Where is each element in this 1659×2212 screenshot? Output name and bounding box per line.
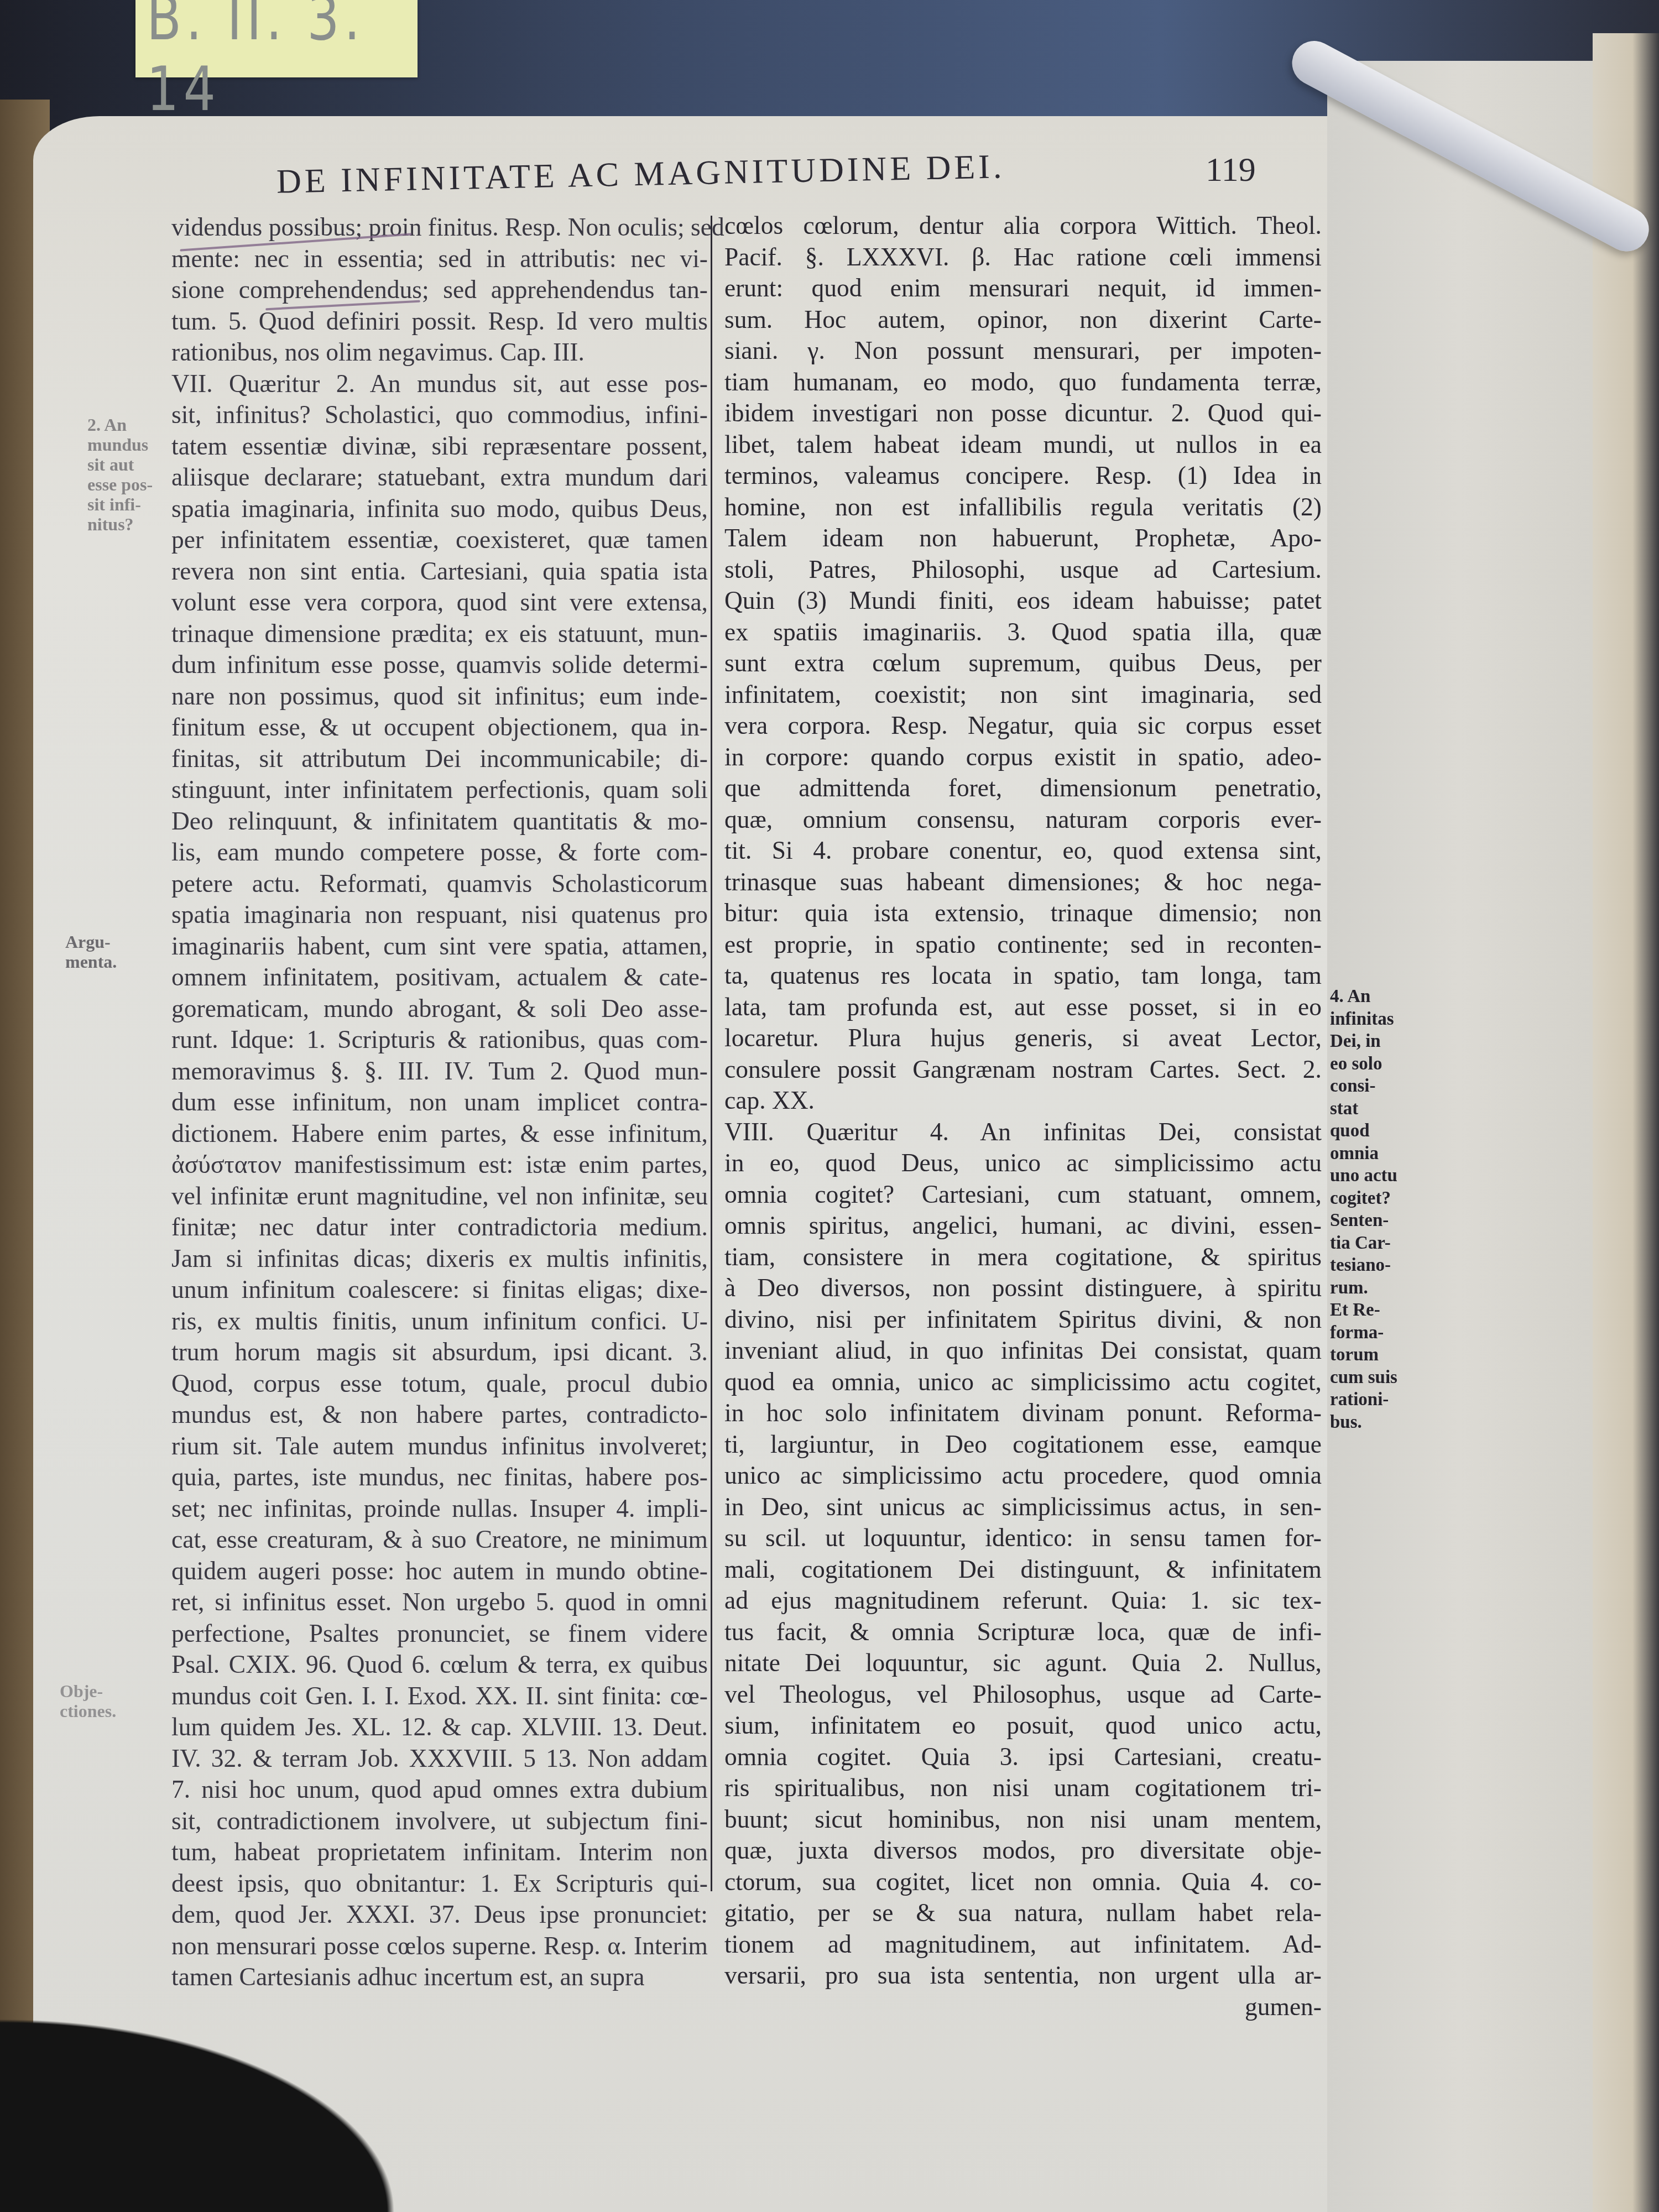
column-divider xyxy=(711,216,712,1891)
text-line: in hoc solo infinitatem divinam ponunt. … xyxy=(724,1397,1322,1429)
text-line: mali, cogitationem Dei distinguunt, & in… xyxy=(724,1554,1322,1585)
text-line: revera non sint entia. Cartesiani, quia … xyxy=(171,556,708,587)
text-line: forma- xyxy=(1330,1322,1397,1344)
text-line: VII. Quæritur 2. An mundus sit, aut esse… xyxy=(171,368,708,400)
text-line: uno actu xyxy=(1330,1165,1397,1187)
text-line: mundus est, & non habere partes, contrad… xyxy=(171,1399,708,1431)
text-line: tiam, consistere in mera cogitatione, & … xyxy=(724,1241,1322,1273)
margin-note-left: Obje-ctiones. xyxy=(60,1681,116,1721)
text-line: tatem essentiæ divinæ, sibi repræsentare… xyxy=(171,431,708,462)
text-line: omnia xyxy=(1330,1142,1397,1165)
text-line: divino, nisi per infinitatem Spiritus di… xyxy=(724,1304,1322,1335)
text-line: stinguunt, inter infinitatem perfectioni… xyxy=(171,774,708,806)
text-line: unum infinitum coalescere: si finitas el… xyxy=(171,1274,708,1306)
text-line: nare non possimus, quod sit infinitus; e… xyxy=(171,681,708,712)
text-line: Deo relinquunt, & infinitatem quantitati… xyxy=(171,806,708,837)
text-line: stat xyxy=(1330,1098,1397,1120)
text-line: libet, talem habeat ideam mundi, ut null… xyxy=(724,429,1322,461)
page-number: 119 xyxy=(1206,150,1256,190)
text-line: tesiano- xyxy=(1330,1254,1397,1277)
text-line: lata, tam profunda est, aut esse posset,… xyxy=(724,992,1322,1023)
text-line: versarii, pro sua ista sententia, non ur… xyxy=(724,1960,1322,1991)
text-line: ti, largiuntur, in Deo cogitationem esse… xyxy=(724,1429,1322,1460)
bottom-shadow xyxy=(0,1969,498,2212)
text-line: omnia cogitet. Quia 3. ipsi Cartesiani, … xyxy=(724,1741,1322,1773)
text-line: memoravimus §. §. III. IV. Tum 2. Quod m… xyxy=(171,1056,708,1087)
text-line: imaginariis habent, cum sint vere spatia… xyxy=(171,931,708,962)
text-line: finitas, sit attributum Dei incommunicab… xyxy=(171,743,708,775)
text-line: set; nec infinitas, proinde nullas. Insu… xyxy=(171,1493,708,1525)
text-line: ex spatiis imaginariis. 3. Quod spatia i… xyxy=(724,617,1322,648)
text-line: ta, quatenus res locata in spatio, tam l… xyxy=(724,960,1322,992)
text-line: Et Re- xyxy=(1330,1299,1397,1322)
text-line: cat, esse creaturam, & à suo Creatore, n… xyxy=(171,1524,708,1556)
text-line: cogitet? xyxy=(1330,1187,1397,1210)
text-line: ret, si infinitus esset. Non urgebo 5. q… xyxy=(171,1587,708,1618)
text-line: quia, partes, iste mundus, nec finitas, … xyxy=(171,1462,708,1493)
text-line: infinitatem, coexistit; non sint imagina… xyxy=(724,679,1322,711)
text-line: per infinitatem essentiæ, coexisteret, q… xyxy=(171,524,708,556)
text-line: menta. xyxy=(65,952,117,972)
text-line: omnis spiritus, angelici, humani, ac div… xyxy=(724,1210,1322,1241)
text-line: bitur: quia ista extensio, trinaque dime… xyxy=(724,898,1322,929)
text-line: stoli, Patres, Philosophi, usque ad Cart… xyxy=(724,554,1322,586)
text-line: 2. An xyxy=(87,415,153,435)
text-line: dum esse infinitum, non unam implicet co… xyxy=(171,1087,708,1118)
text-line: erunt: quod enim mensurari nequit, id im… xyxy=(724,273,1322,304)
text-line: deest ipsis, quo obnitantur: 1. Ex Scrip… xyxy=(171,1868,708,1900)
text-line: Psal. CXIX. 96. Quod 6. cœlum & terra, e… xyxy=(171,1649,708,1681)
text-line: sit aut xyxy=(87,455,153,474)
text-line: tionem ad magnitudinem, aut infinitatem.… xyxy=(724,1929,1322,1960)
text-line: quæ, juxta diversos modos, pro diversita… xyxy=(724,1835,1322,1866)
text-line: in Deo, sint unicus ac simplicissimus ac… xyxy=(724,1491,1322,1523)
text-line: tia Car- xyxy=(1330,1232,1397,1255)
text-line: Pacif. §. LXXXVI. β. Hac ratione cœli im… xyxy=(724,242,1322,273)
text-line: sione comprehendendus; sed apprehendendu… xyxy=(171,274,708,306)
text-line: rationibus, nos olim negavimus. Cap. III… xyxy=(171,337,708,368)
text-line: vel Theologus, vel Philosophus, usque ad… xyxy=(724,1679,1322,1710)
right-text-column: cœlos cœlorum, dentur alia corpora Witti… xyxy=(724,210,1322,2022)
text-line: tum, habeat proprietatem infinitam. Inte… xyxy=(171,1837,708,1868)
text-line: Quin (3) Mundi finiti, eos ideam habuiss… xyxy=(724,585,1322,617)
text-line: ibidem investigari non posse dicuntur. 2… xyxy=(724,398,1322,429)
text-line: ris spiritualibus, non nisi unam cogitat… xyxy=(724,1772,1322,1804)
text-line: rationi- xyxy=(1330,1389,1397,1411)
text-line: gitatio, per se & sua natura, nullam hab… xyxy=(724,1897,1322,1929)
left-text-column: videndus possibus; proin finitus. Resp. … xyxy=(171,212,708,1993)
text-line: petere actu. Reformati, quamvis Scholast… xyxy=(171,868,708,900)
text-line: spatia imaginaria, infinita suo modo, qu… xyxy=(171,493,708,525)
text-line: sium, infinitatem eo posuit, quod unico … xyxy=(724,1710,1322,1741)
page-stack-edge xyxy=(1593,33,1659,2212)
shelfmark-label: B. II. 3. 14 xyxy=(147,0,418,124)
text-line: lum quidem Jes. XL. 12. & cap. XLVIII. 1… xyxy=(171,1712,708,1743)
text-line: Quod, corpus esse totum, quale, procul d… xyxy=(171,1368,708,1400)
text-line: mundus xyxy=(87,435,153,455)
text-line: in corpore: quando corpus existit in spa… xyxy=(724,742,1322,773)
text-line: tit. Si 4. probare conentur, eo, quod ex… xyxy=(724,835,1322,867)
text-line: infinitas xyxy=(1330,1008,1397,1031)
margin-note-right: 4. AninfinitasDei, ineo soloconsi-statqu… xyxy=(1330,985,1397,1433)
text-line: IV. 32. & terram Job. XXXVIII. 5 13. Non… xyxy=(171,1743,708,1775)
text-line: Jam si infinitas dicas; dixeris ex multi… xyxy=(171,1243,708,1275)
text-line: cap. XX. xyxy=(724,1085,1322,1117)
text-line: que admittenda foret, dimensionum penetr… xyxy=(724,773,1322,804)
text-line: torum xyxy=(1330,1344,1397,1366)
text-line: cum suis xyxy=(1330,1366,1397,1389)
catchword: gumen- xyxy=(724,1991,1322,2023)
text-line: omnem infinitatem, positivam, actualem &… xyxy=(171,962,708,993)
shelfmark-sticky-note: B. II. 3. 14 xyxy=(135,0,418,77)
text-line: tum. 5. Quod definiri possit. Resp. Id v… xyxy=(171,306,708,337)
text-line: aliisque declarare; statuebant, extra mu… xyxy=(171,462,708,493)
text-line: 4. An xyxy=(1330,985,1397,1008)
text-line: dem, quod Jer. XXXI. 37. Deus ipse pronu… xyxy=(171,1899,708,1931)
text-line: siani. γ. Non possunt mensurari, per imp… xyxy=(724,335,1322,367)
text-line: tus facit, & omnia Scripturæ loca, quæ d… xyxy=(724,1616,1322,1648)
text-line: Dei, in xyxy=(1330,1030,1397,1053)
text-line: tamen Cartesianis adhuc incertum est, an… xyxy=(171,1961,708,1993)
text-line: terminos, valeamus concipere. Resp. (1) … xyxy=(724,460,1322,492)
text-line: sit, contradictionem involvere, ut subje… xyxy=(171,1806,708,1837)
text-line: nitus? xyxy=(87,514,153,534)
margin-note-left: Argu-menta. xyxy=(65,932,117,972)
text-line: consulere possit Gangrænam nostram Carte… xyxy=(724,1054,1322,1086)
margin-note-left: 2. Anmundussit autesse pos-sit infi-nitu… xyxy=(87,415,153,534)
text-line: est proprie, in spatio continente; sed i… xyxy=(724,929,1322,961)
text-line: videndus possibus; proin finitus. Resp. … xyxy=(171,212,708,243)
text-line: unico ac simplicissimo actu procedere, q… xyxy=(724,1460,1322,1491)
text-line: sum. Hoc autem, opinor, non dixerint Car… xyxy=(724,304,1322,336)
text-line: trum horum magis sit absurdum, ipsi dica… xyxy=(171,1337,708,1368)
text-line: cœlos cœlorum, dentur alia corpora Witti… xyxy=(724,210,1322,242)
text-line: volunt esse vera corpora, quod sint vere… xyxy=(171,587,708,618)
text-line: runt. Idque: 1. Scripturis & rationibus,… xyxy=(171,1024,708,1056)
text-line: 7. nisi hoc unum, quod apud omnes extra … xyxy=(171,1774,708,1806)
text-line: quod xyxy=(1330,1120,1397,1142)
text-line: trinasque suas habeant dimensiones; & ho… xyxy=(724,867,1322,898)
text-line: in eo, quod Deus, unico ac simplicissimo… xyxy=(724,1147,1322,1179)
text-line: ctiones. xyxy=(60,1701,116,1721)
text-line: à Deo diversos, non possint distinguere,… xyxy=(724,1272,1322,1304)
text-line: consi- xyxy=(1330,1075,1397,1098)
text-line: non mensurari posse cœlos superne. Resp.… xyxy=(171,1931,708,1962)
text-line: tiam humanam, eo modo, quo fundamenta te… xyxy=(724,367,1322,398)
text-line: rium sit. Tale autem mundus infinitus in… xyxy=(171,1431,708,1462)
text-line: omnia cogitet? Cartesiani, cum statuant,… xyxy=(724,1179,1322,1211)
text-line: trinaque dimensione prædita; ex eis stat… xyxy=(171,618,708,650)
text-line: esse pos- xyxy=(87,474,153,494)
text-line: Talem ideam non habuerunt, Prophetæ, Apo… xyxy=(724,523,1322,554)
text-line: rum. xyxy=(1330,1277,1397,1300)
text-line: ἀσύστατον manifestissimum est: istæ enim… xyxy=(171,1149,708,1181)
text-line: ris, ex multis finitis, unum infinitum c… xyxy=(171,1306,708,1337)
text-line: perfectione, Psaltes pronunciet, se fine… xyxy=(171,1618,708,1650)
text-line: sit, infinitus? Scholastici, quo commodi… xyxy=(171,399,708,431)
text-line: finitæ; nec datur inter contradictoria m… xyxy=(171,1212,708,1243)
text-line: gorematicam, mundo abrogant, & soli Deo … xyxy=(171,993,708,1025)
text-line: buunt; sicut hominibus, non nisi unam me… xyxy=(724,1804,1322,1835)
text-line: Argu- xyxy=(65,932,117,952)
text-line: lis, eam mundo competere posse, & forte … xyxy=(171,837,708,868)
text-line: vera corpora. Resp. Negatur, quia sic co… xyxy=(724,710,1322,742)
text-line: inveniant aliud, in quo infinitas Dei co… xyxy=(724,1335,1322,1366)
text-line: bus. xyxy=(1330,1411,1397,1434)
text-line: ctorum, sua cogitet, licet non omnia. Qu… xyxy=(724,1866,1322,1898)
text-line: VIII. Quæritur 4. An infinitas Dei, cons… xyxy=(724,1117,1322,1148)
text-line: finitum esse, & ut occupent objectionem,… xyxy=(171,712,708,743)
text-line: Obje- xyxy=(60,1681,116,1701)
text-line: mundus coit Gen. I. I. Exod. XX. II. sin… xyxy=(171,1681,708,1712)
text-line: sit infi- xyxy=(87,494,153,514)
text-line: nitate Dei loquuntur, sic agunt. Quia 2.… xyxy=(724,1647,1322,1679)
text-line: ad ejus magnitudinem referunt. Quia: 1. … xyxy=(724,1585,1322,1616)
text-line: quod ea omnia, unico ac simplicissimo ac… xyxy=(724,1366,1322,1398)
text-line: dum infinitum esse posse, quamvis solide… xyxy=(171,649,708,681)
text-line: Senten- xyxy=(1330,1209,1397,1232)
text-line: spatia imaginaria non respuant, nisi qua… xyxy=(171,899,708,931)
text-line: dictionem. Habere enim partes, & esse in… xyxy=(171,1118,708,1150)
text-line: homine, non est infallibilis regula veri… xyxy=(724,492,1322,523)
text-line: eo solo xyxy=(1330,1053,1397,1076)
text-line: su scil. ut loquuntur, identico: in sens… xyxy=(724,1522,1322,1554)
text-line: locaretur. Plura hujus generis, si aveat… xyxy=(724,1022,1322,1054)
text-line: quæ, omnium consensu, naturam corporis e… xyxy=(724,804,1322,836)
text-line: mente: nec in essentia; sed in attributi… xyxy=(171,243,708,275)
text-line: vel infinitæ erunt magnitudine, vel non … xyxy=(171,1181,708,1212)
text-line: quidem augeri posse: hoc autem in mundo … xyxy=(171,1556,708,1587)
text-line: sunt extra cœlum supremum, quibus Deus, … xyxy=(724,648,1322,679)
